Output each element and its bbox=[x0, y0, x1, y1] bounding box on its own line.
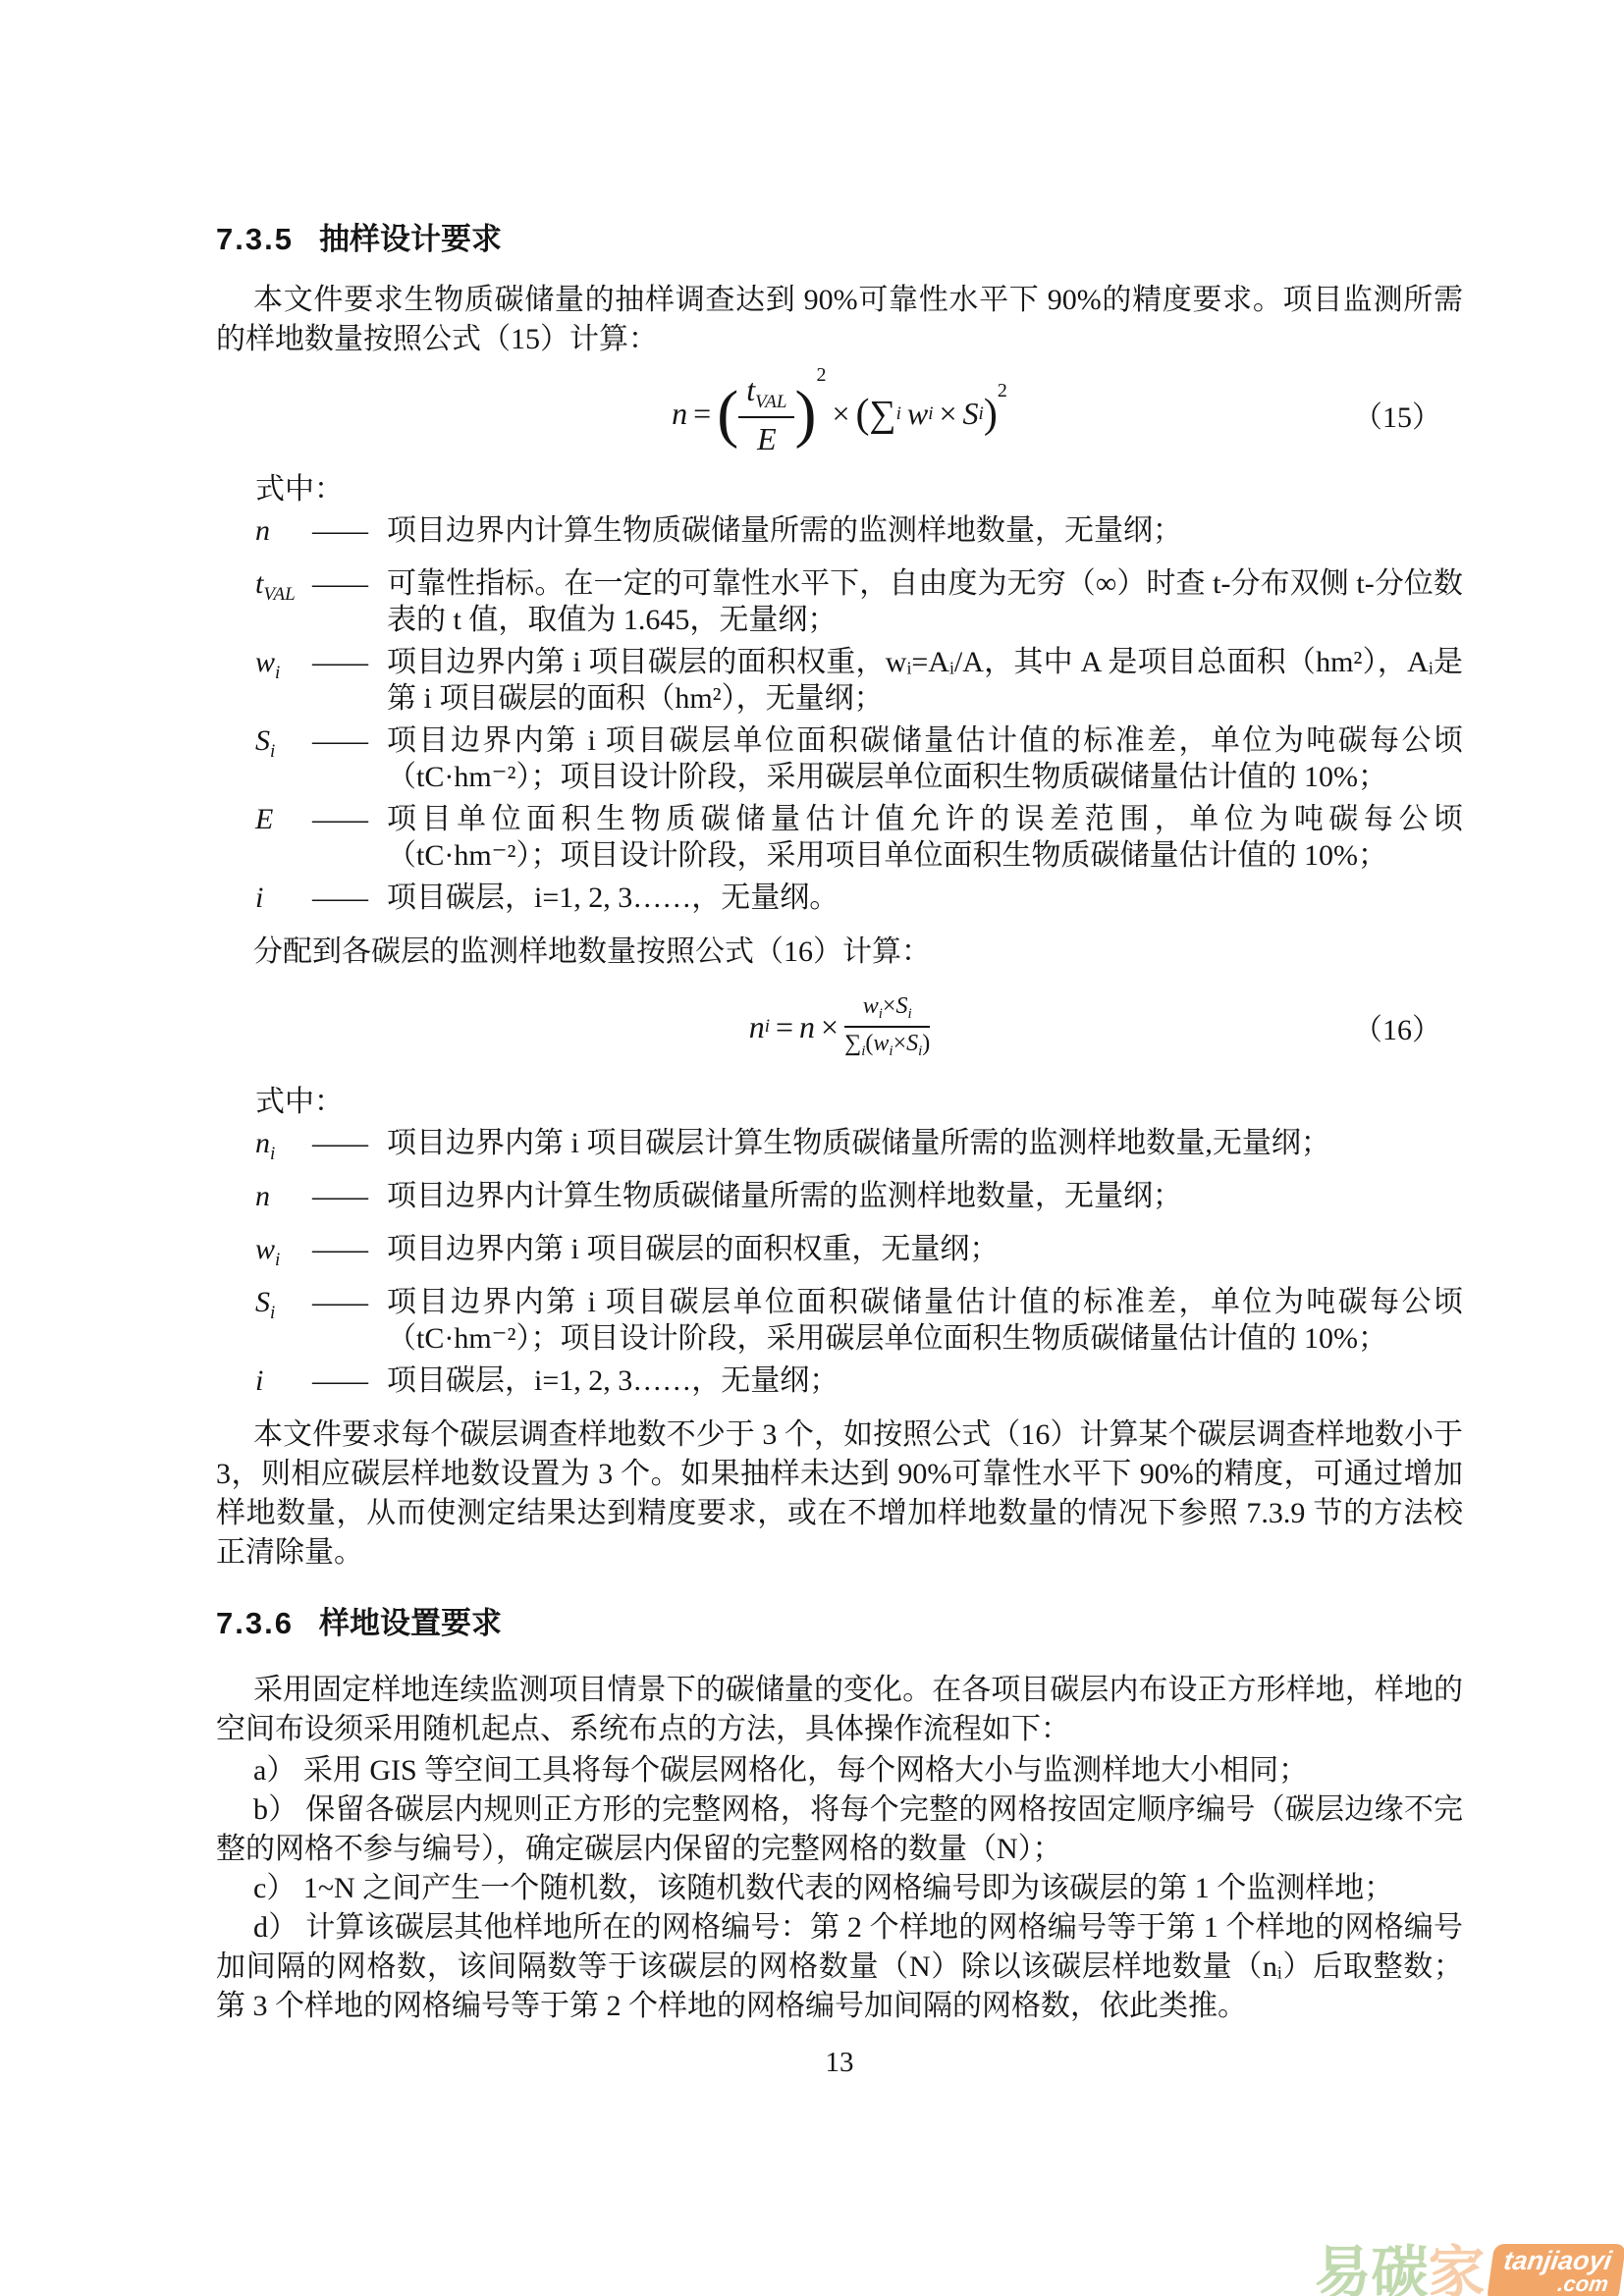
item-text: 保留各碳层内规则正方形的完整网格，将每个完整的网格按固定顺序编号（碳层边缘不完整… bbox=[216, 1793, 1463, 1865]
open-paren: ( bbox=[856, 394, 870, 435]
subscript-i: i bbox=[907, 1006, 911, 1022]
definition-term: wi bbox=[255, 644, 312, 717]
multiply-sign: × bbox=[826, 396, 855, 432]
definition-dash: —— bbox=[312, 1125, 387, 1172]
close-paren: ) bbox=[922, 1031, 930, 1056]
watermark-domain-badge: tanjiaoyi .com bbox=[1487, 2244, 1624, 2296]
section-number: 7.3.5 bbox=[216, 222, 294, 256]
where-label: 式中： bbox=[255, 471, 1463, 508]
definition-dash: —— bbox=[312, 722, 387, 795]
definition-dash: —— bbox=[312, 565, 387, 638]
definition-term: wi bbox=[255, 1231, 312, 1278]
var-w: w bbox=[873, 1031, 889, 1056]
definition-dash: —— bbox=[312, 512, 387, 560]
definition-text: 项目碳层，i=1, 2, 3……，无量纲； bbox=[387, 1362, 1463, 1410]
definition-text: 项目边界内第 i 项目碳层单位面积碳储量估计值的标准差，单位为吨碳每公顷（tC·… bbox=[387, 722, 1463, 795]
exponent-2: 2 bbox=[816, 364, 826, 387]
term-subscript: VAL bbox=[263, 584, 295, 605]
definition-text: 项目碳层，i=1, 2, 3……，无量纲。 bbox=[387, 880, 1463, 927]
fraction-numerator: tVAL bbox=[738, 372, 794, 418]
definition-row-e: E —— 项目单位面积生物质碳储量估计值允许的误差范围，单位为吨碳每公顷（tC·… bbox=[216, 801, 1463, 874]
page-number: 13 bbox=[216, 2048, 1463, 2077]
exponent-2: 2 bbox=[998, 380, 1007, 402]
definition-term: n bbox=[255, 1178, 312, 1225]
var-w: w bbox=[863, 993, 879, 1019]
var-n: n bbox=[672, 396, 687, 432]
definition-row-tval: tVAL —— 可靠性指标。在一定的可靠性水平下，自由度为无穷（∞）时查 t-分… bbox=[216, 565, 1463, 638]
formula-15-number: （15） bbox=[1353, 393, 1441, 436]
subscript-val: VAL bbox=[755, 392, 786, 412]
var-n: n bbox=[799, 1009, 815, 1045]
section-title: 抽样设计要求 bbox=[319, 222, 502, 256]
section-heading-736: 7.3.6样地设置要求 bbox=[216, 1606, 1463, 1641]
term-symbol: S bbox=[255, 1286, 270, 1318]
definition-row-si: Si —— 项目边界内第 i 项目碳层单位面积碳储量估计值的标准差，单位为吨碳每… bbox=[216, 1284, 1463, 1357]
formula-16: ni = n × wi×Si ∑i(wi×Si) （16） bbox=[216, 982, 1463, 1072]
definition-text: 项目边界内第 i 项目碳层单位面积碳储量估计值的标准差，单位为吨碳每公顷（tC·… bbox=[387, 1284, 1463, 1357]
term-symbol: i bbox=[255, 1364, 263, 1397]
sigma-symbol: ∑ bbox=[844, 1031, 861, 1056]
definition-term: n bbox=[255, 512, 312, 560]
formula-16-number: （16） bbox=[1353, 1005, 1441, 1048]
term-symbol: i bbox=[255, 881, 263, 914]
definition-row-n: n —— 项目边界内计算生物质碳储量所需的监测样地数量，无量纲； bbox=[216, 512, 1463, 560]
definition-dash: —— bbox=[312, 1362, 387, 1410]
sigma-symbol: ∑ bbox=[870, 393, 896, 436]
term-subscript: i bbox=[275, 663, 280, 683]
definition-text: 项目单位面积生物质碳储量估计值允许的误差范围，单位为吨碳每公顷（tC·hm⁻²）… bbox=[387, 801, 1463, 874]
var-s: S bbox=[963, 396, 979, 432]
definition-text: 项目边界内第 i 项目碳层计算生物质碳储量所需的监测样地数量,无量纲； bbox=[387, 1125, 1463, 1172]
term-subscript: i bbox=[270, 1303, 275, 1323]
multiply-sign: × bbox=[934, 396, 963, 432]
definition-text: 可靠性指标。在一定的可靠性水平下，自由度为无穷（∞）时查 t-分布双侧 t-分位… bbox=[387, 565, 1463, 638]
multiply-sign: × bbox=[893, 1031, 907, 1056]
page-content: 7.3.5抽样设计要求 本文件要求生物质碳储量的抽样调查达到 90%可靠性水平下… bbox=[0, 0, 1624, 2296]
term-subscript: i bbox=[270, 741, 275, 762]
term-symbol: n bbox=[255, 1127, 270, 1159]
definition-dash: —— bbox=[312, 1231, 387, 1278]
definition-row-i: i —— 项目碳层，i=1, 2, 3……，无量纲。 bbox=[216, 880, 1463, 927]
formula-15: n = ( tVAL E ) 2 × ( ∑i wi × Si ) 2 （15） bbox=[216, 369, 1463, 459]
watermark-domain-tld: .com bbox=[1499, 2274, 1609, 2295]
var-w: w bbox=[907, 396, 928, 432]
term-symbol: w bbox=[255, 646, 275, 678]
definition-row-n: n —— 项目边界内计算生物质碳储量所需的监测样地数量，无量纲； bbox=[216, 1178, 1463, 1225]
definition-dash: —— bbox=[312, 801, 387, 874]
fraction-wisi: wi×Si ∑i(wi×Si) bbox=[844, 993, 930, 1061]
definition-term: i bbox=[255, 880, 312, 927]
close-paren: ) bbox=[984, 394, 998, 435]
term-symbol: E bbox=[255, 803, 273, 835]
fraction-numerator: wi×Si bbox=[844, 993, 930, 1028]
item-text: 采用 GIS 等空间工具将每个碳层网格化，每个网格大小与监测样地大小相同； bbox=[303, 1754, 1308, 1787]
definition-dash: —— bbox=[312, 1284, 387, 1357]
definition-row-wi: wi —— 项目边界内第 i 项目碳层的面积权重，无量纲； bbox=[216, 1231, 1463, 1278]
var-s: S bbox=[895, 993, 907, 1019]
list-item-b: b） 保留各碳层内规则正方形的完整网格，将每个完整的网格按固定顺序编号（碳层边缘… bbox=[216, 1790, 1463, 1869]
section-title: 样地设置要求 bbox=[319, 1606, 502, 1640]
list-item-c: c） 1~N 之间产生一个随机数，该随机数代表的网格编号即为该碳层的第 1 个监… bbox=[216, 1869, 1463, 1908]
definition-row-wi: wi —— 项目边界内第 i 项目碳层的面积权重，wᵢ=Aᵢ/A，其中 A 是项… bbox=[216, 644, 1463, 717]
definition-dash: —— bbox=[312, 644, 387, 717]
definition-term: Si bbox=[255, 722, 312, 795]
definition-term: i bbox=[255, 1362, 312, 1410]
definition-row-i: i —— 项目碳层，i=1, 2, 3……，无量纲； bbox=[216, 1362, 1463, 1410]
watermark-green-characters: 易碳 bbox=[1314, 2245, 1428, 2296]
term-subscript: i bbox=[270, 1144, 275, 1164]
definition-dash: —— bbox=[312, 880, 387, 927]
fraction-tval-over-e: tVAL E bbox=[738, 372, 794, 457]
term-subscript: i bbox=[275, 1250, 280, 1270]
definition-row-ni: ni —— 项目边界内第 i 项目碳层计算生物质碳储量所需的监测样地数量,无量纲… bbox=[216, 1125, 1463, 1172]
where-label: 式中： bbox=[255, 1084, 1463, 1121]
var-t: t bbox=[746, 372, 755, 407]
open-paren: ( bbox=[717, 382, 738, 447]
item-text: 计算该碳层其他样地所在的网格编号：第 2 个样地的网格编号等于第 1 个样地的网… bbox=[216, 1911, 1463, 2022]
fraction-denominator: E bbox=[738, 418, 794, 457]
term-symbol: w bbox=[255, 1233, 275, 1265]
paragraph-min-plots: 本文件要求每个碳层调查样地数不少于 3 个，如按照公式（16）计算某个碳层调查样… bbox=[216, 1415, 1463, 1573]
fraction-denominator: ∑i(wi×Si) bbox=[844, 1028, 930, 1060]
tanjiaoyi-watermark-logo: 易碳 家 tanjiaoyi .com bbox=[1314, 2244, 1622, 2296]
item-label: b） bbox=[253, 1793, 298, 1826]
item-label: d） bbox=[253, 1911, 298, 1944]
section-number: 7.3.6 bbox=[216, 1606, 294, 1640]
definition-list-formula-16: ni —— 项目边界内第 i 项目碳层计算生物质碳储量所需的监测样地数量,无量纲… bbox=[216, 1125, 1463, 1410]
var-n: n bbox=[749, 1009, 765, 1045]
item-text: 1~N 之间产生一个随机数，该随机数代表的网格编号即为该碳层的第 1 个监测样地… bbox=[303, 1872, 1393, 1904]
item-label: a） bbox=[253, 1754, 296, 1787]
var-s: S bbox=[906, 1031, 918, 1056]
section-heading-735: 7.3.5抽样设计要求 bbox=[216, 222, 1463, 257]
term-symbol: S bbox=[255, 724, 270, 757]
list-item-d: d） 计算该碳层其他样地所在的网格编号：第 2 个样地的网格编号等于第 1 个样… bbox=[216, 1908, 1463, 2026]
definition-text: 项目边界内计算生物质碳储量所需的监测样地数量，无量纲； bbox=[387, 512, 1463, 560]
term-symbol: n bbox=[255, 514, 270, 547]
term-symbol: n bbox=[255, 1180, 270, 1212]
paragraph-sampling-intro: 本文件要求生物质碳储量的抽样调查达到 90%可靠性水平下 90%的精度要求。项目… bbox=[216, 281, 1463, 359]
document-page: 7.3.5抽样设计要求 本文件要求生物质碳储量的抽样调查达到 90%可靠性水平下… bbox=[0, 0, 1624, 2296]
definition-term: E bbox=[255, 801, 312, 874]
equals-sign: = bbox=[770, 1009, 799, 1045]
multiply-sign: × bbox=[883, 993, 896, 1019]
multiply-sign: × bbox=[815, 1009, 844, 1045]
definition-dash: —— bbox=[312, 1178, 387, 1225]
item-label: c） bbox=[253, 1872, 296, 1904]
paragraph-plot-setup-intro: 采用固定样地连续监测项目情景下的碳储量的变化。在各项目碳层内布设正方形样地，样地… bbox=[216, 1671, 1463, 1749]
definition-row-si: Si —— 项目边界内第 i 项目碳层单位面积碳储量估计值的标准差，单位为吨碳每… bbox=[216, 722, 1463, 795]
equals-sign: = bbox=[687, 396, 717, 432]
definition-text: 项目边界内第 i 项目碳层的面积权重，wᵢ=Aᵢ/A，其中 A 是项目总面积（h… bbox=[387, 644, 1463, 717]
definition-term: ni bbox=[255, 1125, 312, 1172]
definition-term: Si bbox=[255, 1284, 312, 1357]
definition-text: 项目边界内第 i 项目碳层的面积权重，无量纲； bbox=[387, 1231, 1463, 1278]
list-item-a: a） 采用 GIS 等空间工具将每个碳层网格化，每个网格大小与监测样地大小相同； bbox=[216, 1751, 1463, 1790]
watermark-orange-character: 家 bbox=[1428, 2245, 1485, 2296]
definition-text: 项目边界内计算生物质碳储量所需的监测样地数量，无量纲； bbox=[387, 1178, 1463, 1225]
paragraph-formula-16-intro: 分配到各碳层的监测样地数量按照公式（16）计算： bbox=[216, 933, 1463, 972]
definition-term: tVAL bbox=[255, 565, 312, 638]
definition-list-formula-15: n —— 项目边界内计算生物质碳储量所需的监测样地数量，无量纲； tVAL ——… bbox=[216, 512, 1463, 927]
close-paren: ) bbox=[794, 382, 816, 447]
formula-16-expression: ni = n × wi×Si ∑i(wi×Si) bbox=[749, 993, 931, 1061]
sigma-subscript: i bbox=[896, 403, 901, 425]
formula-15-expression: n = ( tVAL E ) 2 × ( ∑i wi × Si ) 2 bbox=[672, 372, 1007, 457]
